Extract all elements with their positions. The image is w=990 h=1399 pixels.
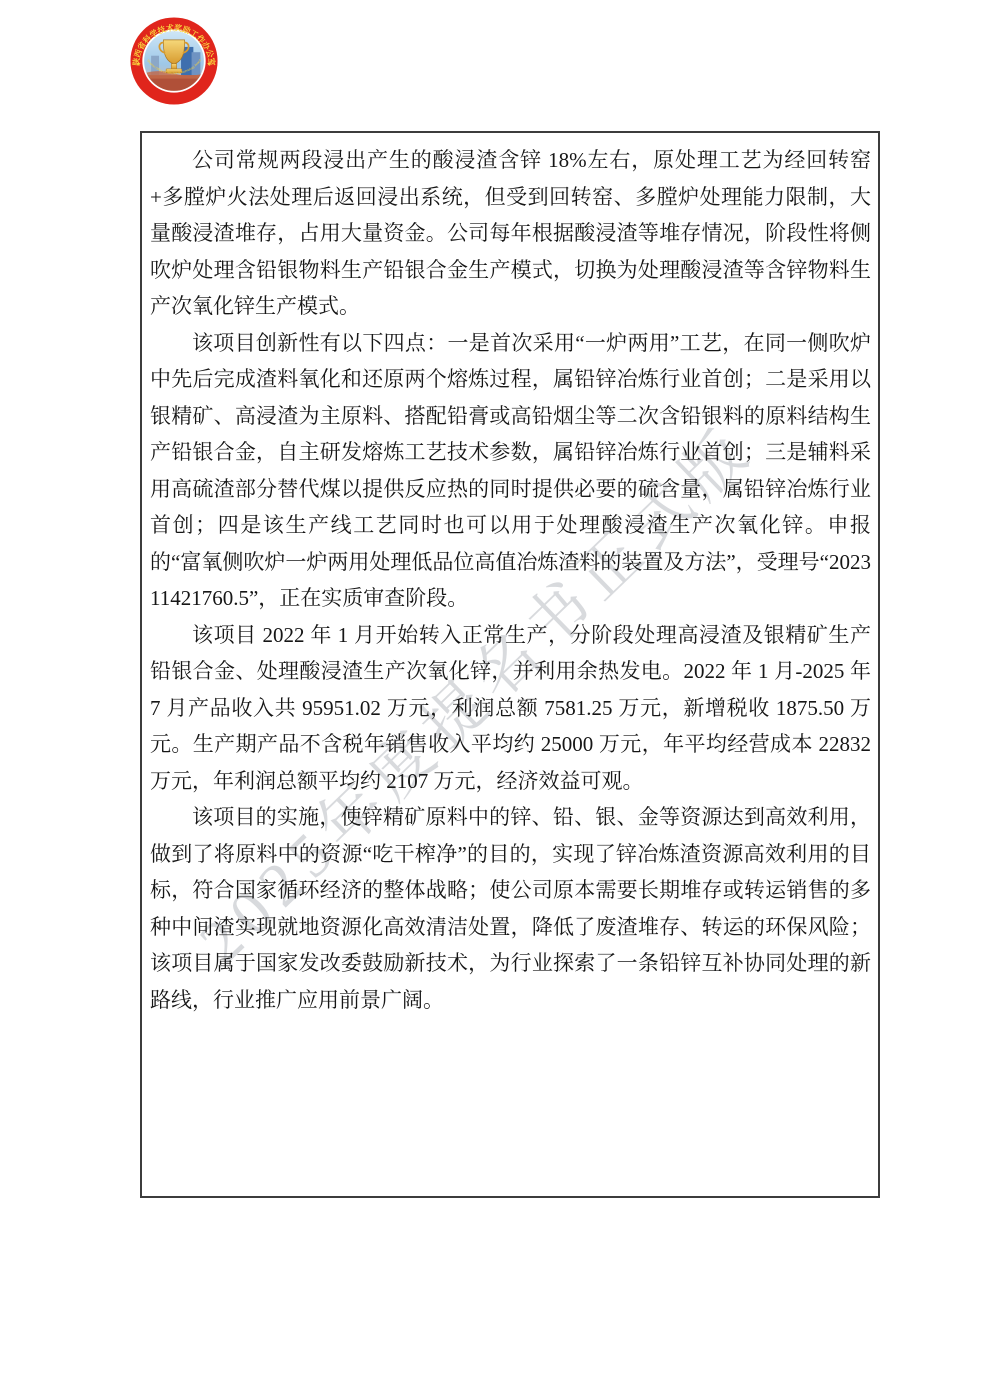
star-icon: ★ [136, 61, 141, 67]
paragraph-production-economics: 该项目 2022 年 1 月开始转入正常生产，分阶段处理高浸渣及银精矿生产铅银合… [150, 617, 871, 800]
seal-photo [144, 31, 204, 91]
org-seal-logo: 陕西省科学技术奖励工作办公室 Shaanxi Office Of Science… [130, 17, 218, 105]
paragraph-project-impact: 该项目的实施，使锌精矿原料中的锌、铅、银、金等资源达到高效利用，做到了将原料中的… [150, 799, 871, 1018]
paragraph-innovations: 该项目创新性有以下四点：一是首次采用“一炉两用”工艺，在同一侧吹炉中先后完成渣料… [150, 325, 871, 617]
document-page: 陕西省科学技术奖励工作办公室 Shaanxi Office Of Science… [0, 0, 990, 1399]
star-icon: ★ [207, 61, 212, 67]
org-seal-graphic: 陕西省科学技术奖励工作办公室 Shaanxi Office Of Science… [130, 17, 218, 105]
paragraph-process-background: 公司常规两段浸出产生的酸浸渣含锌 18%左右，原处理工艺为经回转窑+多膛炉火法处… [150, 142, 871, 325]
content-box: 公司常规两段浸出产生的酸浸渣含锌 18%左右，原处理工艺为经回转窑+多膛炉火法处… [140, 131, 880, 1198]
